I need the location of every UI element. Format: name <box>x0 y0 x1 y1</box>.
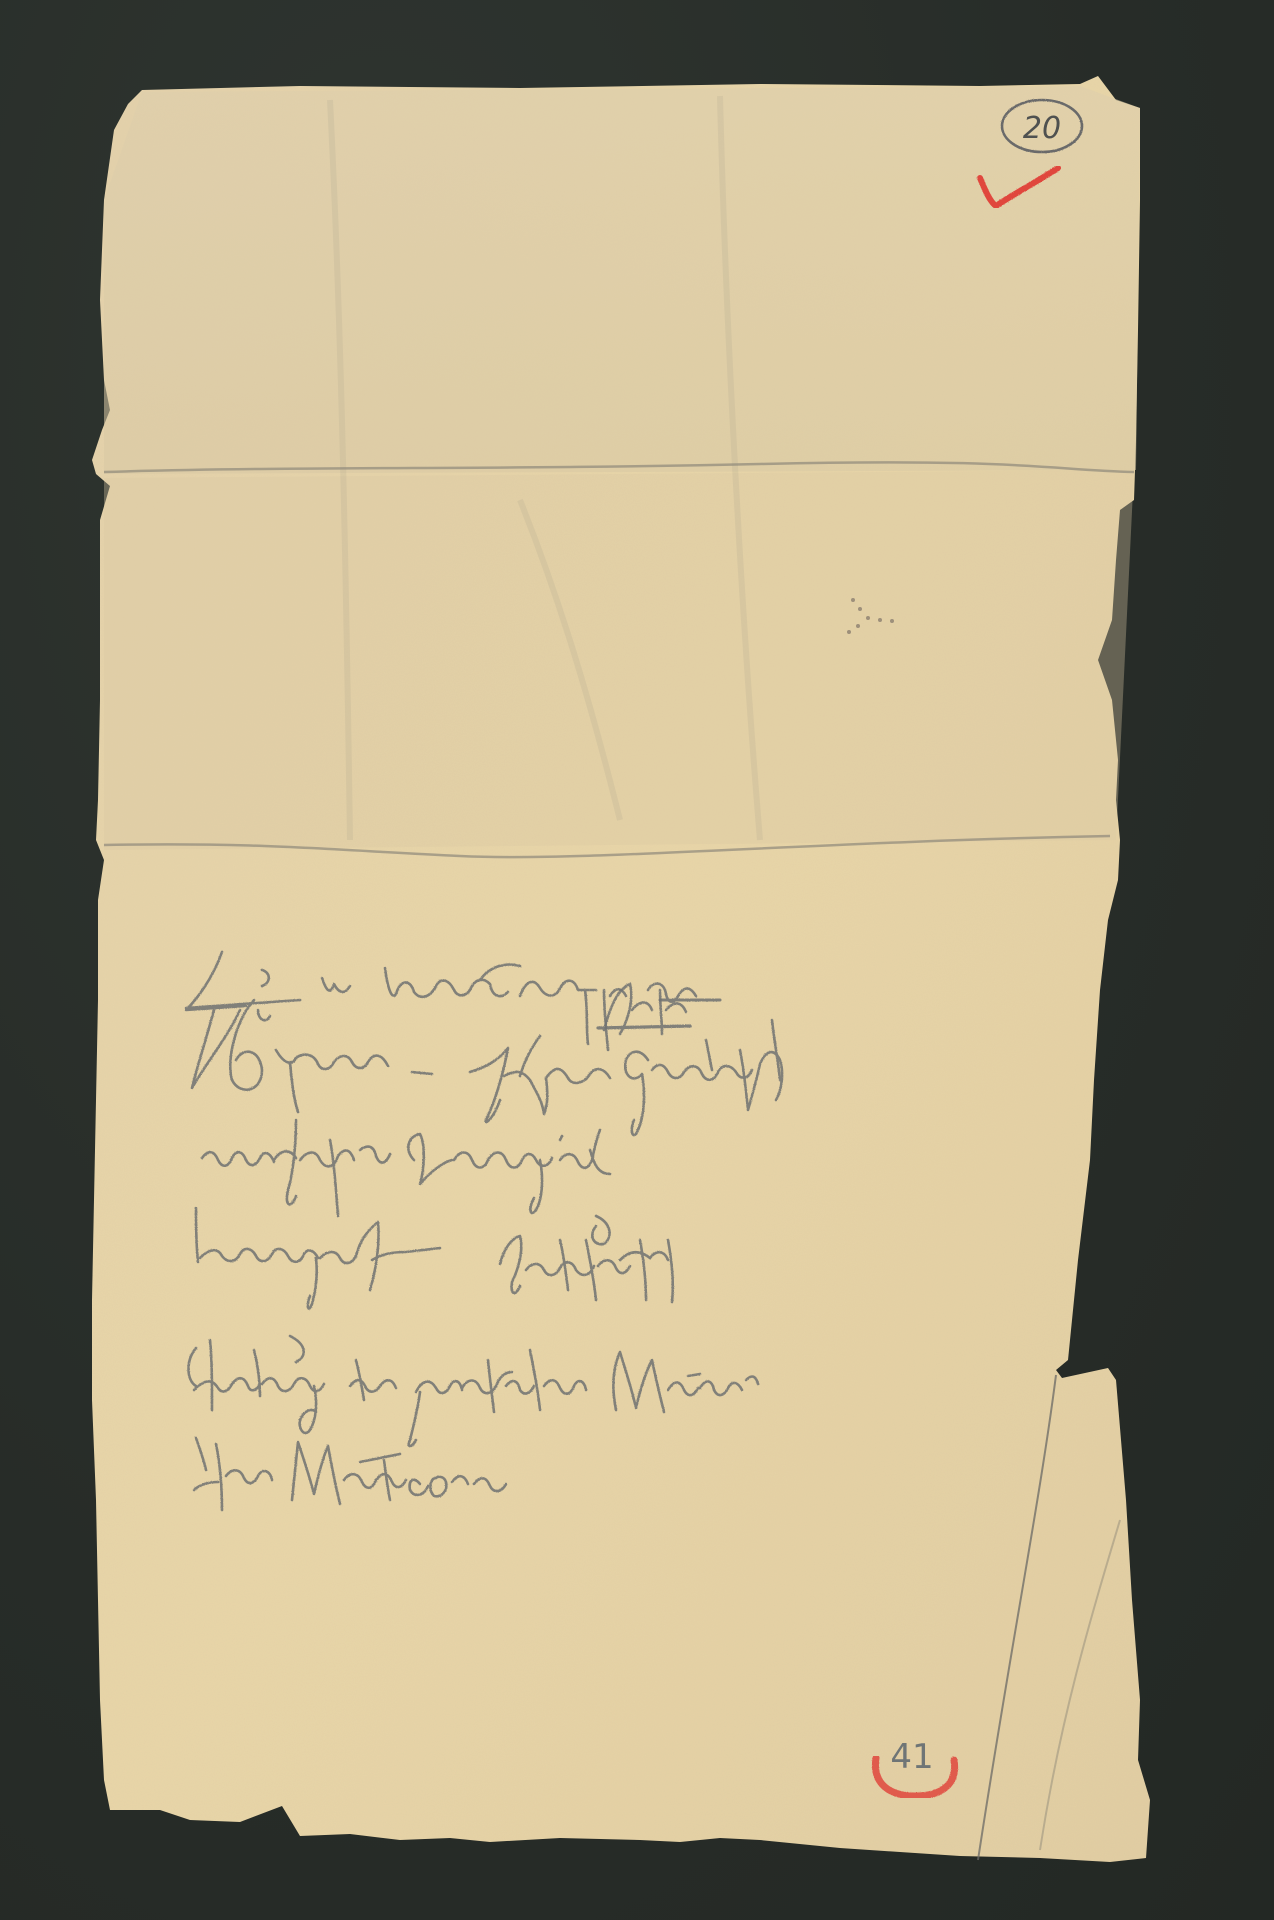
scan-canvas: 20 41 <box>0 0 1274 1920</box>
middle-fold-panel <box>104 470 1134 850</box>
page-number: 41 <box>890 1737 933 1777</box>
upper-fold-panel <box>104 86 1140 474</box>
manuscript-page: 20 41 <box>0 0 1274 1920</box>
folio-number: 20 <box>1023 111 1061 146</box>
